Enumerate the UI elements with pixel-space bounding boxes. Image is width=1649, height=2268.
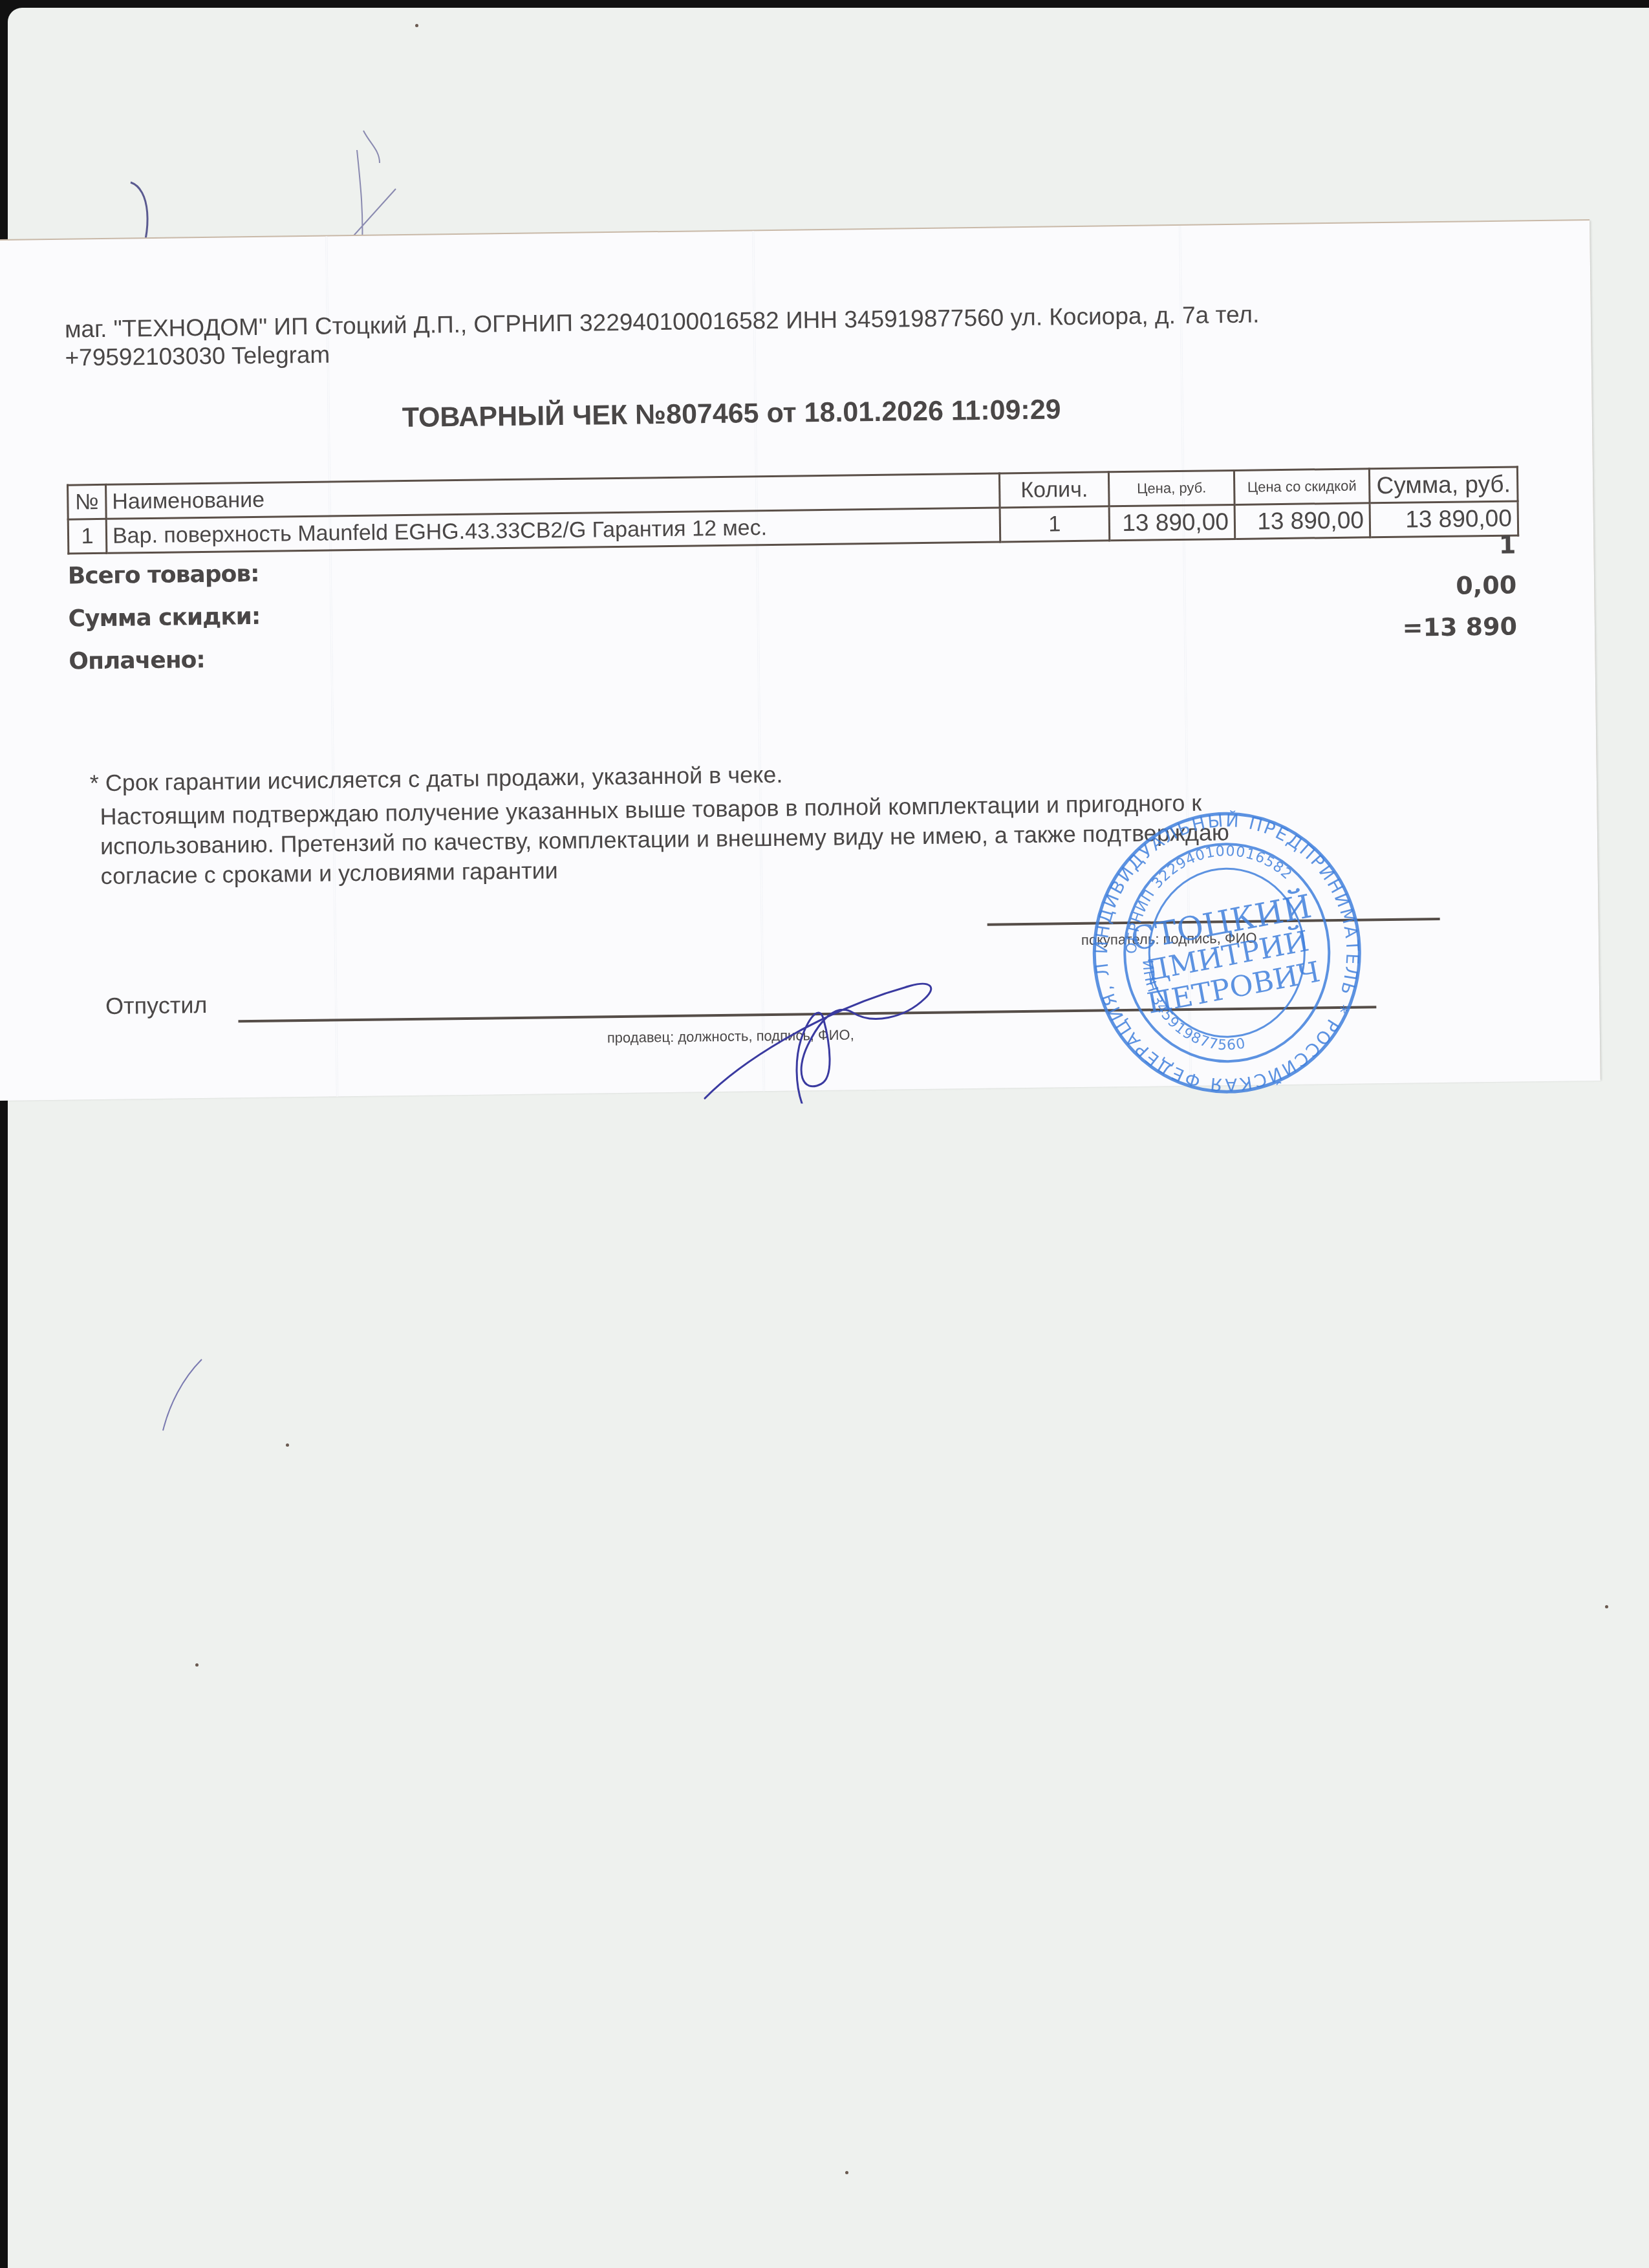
warranty-note: * Срок гарантии исчисляется с даты прода…	[90, 761, 783, 797]
store-header-line-1: маг. "ТЕХНОДОМ" ИП Стоцкий Д.П., ОГРНИП …	[65, 301, 1260, 343]
row-number: 1	[68, 519, 107, 554]
dust-speck	[286, 1443, 289, 1447]
store-header-line-2: +79592103030 Telegram	[65, 341, 330, 371]
dust-speck	[415, 24, 418, 27]
column-header-discount-price: Цена со скидкой	[1234, 469, 1370, 505]
row-price: 13 890,00	[1109, 504, 1235, 540]
confirmation-line-3: согласие с сроками и условиями гарантии	[100, 857, 558, 890]
column-header-qty: Колич.	[999, 472, 1109, 508]
column-header-price: Цена, руб.	[1108, 470, 1234, 506]
discount-label: Сумма скидки:	[68, 603, 260, 632]
row-discount-price: 13 890,00	[1234, 503, 1370, 539]
paid-label: Оплачено:	[69, 647, 205, 675]
dust-speck	[195, 1663, 199, 1667]
receipt-paper: маг. "ТЕХНОДОМ" ИП Стоцкий Д.П., ОГРНИП …	[0, 221, 1600, 1101]
pen-scratch-mark	[325, 124, 402, 254]
total-items-value: 1	[1499, 530, 1516, 559]
items-table: № Наименование Колич. Цена, руб. Цена со…	[67, 466, 1519, 554]
discount-value: 0,00	[1456, 570, 1516, 599]
pen-scratch-mark	[156, 1353, 215, 1437]
dust-speck	[845, 2171, 848, 2174]
paper-fold	[752, 231, 765, 1091]
row-sum: 13 890,00	[1370, 501, 1518, 537]
seller-signature	[697, 973, 944, 1105]
released-by-label: Отпустил	[105, 991, 208, 1020]
column-header-sum: Сумма, руб.	[1369, 467, 1518, 503]
row-qty: 1	[1000, 506, 1110, 542]
dust-speck	[1605, 1605, 1608, 1608]
total-items-label: Всего товаров:	[68, 561, 259, 590]
company-stamp: ИНДИВИДУАЛЬНЫЙ ПРЕДПРИНИМАТЕЛЬ * РОССИЙС…	[1090, 809, 1364, 1097]
column-header-number: №	[68, 484, 107, 519]
receipt-title: ТОВАРНЫЙ ЧЕК №807465 от 18.01.2026 11:09…	[402, 394, 1061, 434]
paid-value: =13 890	[1402, 612, 1517, 642]
